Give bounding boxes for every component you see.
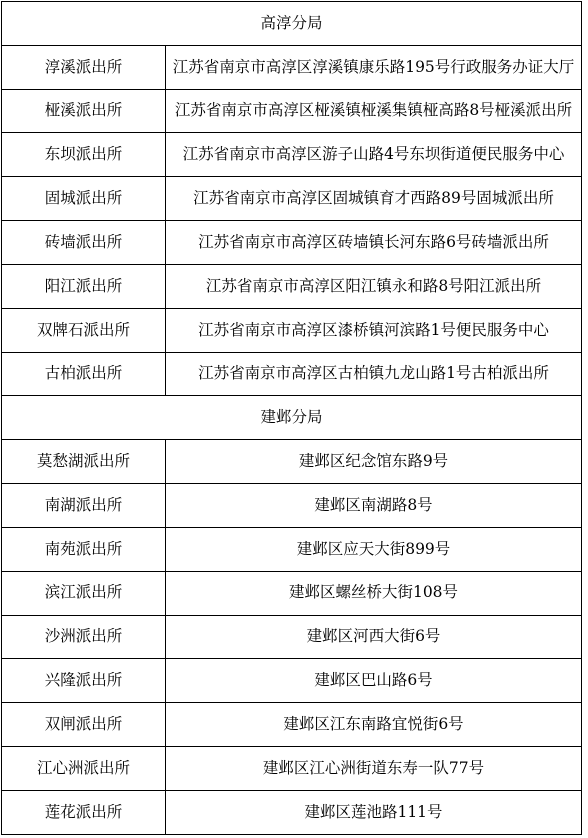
station-name-cell: 滨江派出所	[2, 571, 166, 615]
table-row: 双牌石派出所 江苏省南京市高淳区漆桥镇河滨路1号便民服务中心	[2, 308, 582, 352]
station-name-cell: 阳江派出所	[2, 264, 166, 308]
table-row: 江心洲派出所 建邺区江心洲街道东寿一队77号	[2, 747, 582, 791]
table-row: 滨江派出所 建邺区螺丝桥大街108号	[2, 571, 582, 615]
table-row: 古柏派出所 江苏省南京市高淳区古柏镇九龙山路1号古柏派出所	[2, 352, 582, 396]
station-address-cell: 江苏省南京市高淳区桠溪镇桠溪集镇桠高路8号桠溪派出所	[166, 89, 582, 133]
section-header-row: 高淳分局	[2, 2, 582, 46]
station-address-cell: 建邺区应天大街899号	[166, 527, 582, 571]
station-name-cell: 砖墙派出所	[2, 221, 166, 265]
section-header-label: 建邺分局	[2, 396, 582, 440]
table-row: 砖墙派出所 江苏省南京市高淳区砖墙镇长河东路6号砖墙派出所	[2, 221, 582, 265]
station-name-cell: 江心洲派出所	[2, 747, 166, 791]
station-name-cell: 南苑派出所	[2, 527, 166, 571]
table-row: 兴隆派出所 建邺区巴山路6号	[2, 659, 582, 703]
section-header-row: 建邺分局	[2, 396, 582, 440]
station-address-cell: 建邺区南湖路8号	[166, 484, 582, 528]
station-address-cell: 江苏省南京市高淳区砖墙镇长河东路6号砖墙派出所	[166, 221, 582, 265]
station-address-cell: 江苏省南京市高淳区漆桥镇河滨路1号便民服务中心	[166, 308, 582, 352]
station-address-cell: 江苏省南京市高淳区阳江镇永和路8号阳江派出所	[166, 264, 582, 308]
station-address-cell: 江苏省南京市高淳区淳溪镇康乐路195号行政服务办证大厅	[166, 45, 582, 89]
station-address-cell: 建邺区螺丝桥大街108号	[166, 571, 582, 615]
station-name-cell: 兴隆派出所	[2, 659, 166, 703]
station-address-cell: 江苏省南京市高淳区古柏镇九龙山路1号古柏派出所	[166, 352, 582, 396]
table-row: 阳江派出所 江苏省南京市高淳区阳江镇永和路8号阳江派出所	[2, 264, 582, 308]
table-row: 南苑派出所 建邺区应天大街899号	[2, 527, 582, 571]
station-address-cell: 江苏省南京市高淳区固城镇育才西路89号固城派出所	[166, 177, 582, 221]
table-row: 双闸派出所 建邺区江东南路宜悦街6号	[2, 703, 582, 747]
table-row: 东坝派出所 江苏省南京市高淳区游子山路4号东坝街道便民服务中心	[2, 133, 582, 177]
station-address-cell: 建邺区巴山路6号	[166, 659, 582, 703]
station-address-cell: 建邺区纪念馆东路9号	[166, 440, 582, 484]
station-address-cell: 江苏省南京市高淳区游子山路4号东坝街道便民服务中心	[166, 133, 582, 177]
police-station-table: 高淳分局 淳溪派出所 江苏省南京市高淳区淳溪镇康乐路195号行政服务办证大厅 桠…	[1, 1, 582, 835]
station-name-cell: 莲花派出所	[2, 790, 166, 834]
station-address-cell: 建邺区江东南路宜悦街6号	[166, 703, 582, 747]
table-row: 莫愁湖派出所 建邺区纪念馆东路9号	[2, 440, 582, 484]
station-name-cell: 淳溪派出所	[2, 45, 166, 89]
table-row: 莲花派出所 建邺区莲池路111号	[2, 790, 582, 834]
section-header-label: 高淳分局	[2, 2, 582, 46]
station-address-cell: 建邺区江心洲街道东寿一队77号	[166, 747, 582, 791]
table-row: 南湖派出所 建邺区南湖路8号	[2, 484, 582, 528]
table-row: 桠溪派出所 江苏省南京市高淳区桠溪镇桠溪集镇桠高路8号桠溪派出所	[2, 89, 582, 133]
police-station-table-body: 高淳分局 淳溪派出所 江苏省南京市高淳区淳溪镇康乐路195号行政服务办证大厅 桠…	[2, 2, 582, 835]
station-address-cell: 建邺区河西大街6号	[166, 615, 582, 659]
table-row: 沙洲派出所 建邺区河西大街6号	[2, 615, 582, 659]
station-name-cell: 东坝派出所	[2, 133, 166, 177]
station-name-cell: 莫愁湖派出所	[2, 440, 166, 484]
station-name-cell: 沙洲派出所	[2, 615, 166, 659]
station-name-cell: 桠溪派出所	[2, 89, 166, 133]
table-row: 固城派出所 江苏省南京市高淳区固城镇育才西路89号固城派出所	[2, 177, 582, 221]
station-name-cell: 固城派出所	[2, 177, 166, 221]
station-name-cell: 古柏派出所	[2, 352, 166, 396]
page: 高淳分局 淳溪派出所 江苏省南京市高淳区淳溪镇康乐路195号行政服务办证大厅 桠…	[0, 0, 588, 838]
station-name-cell: 双闸派出所	[2, 703, 166, 747]
station-name-cell: 双牌石派出所	[2, 308, 166, 352]
station-name-cell: 南湖派出所	[2, 484, 166, 528]
table-row: 淳溪派出所 江苏省南京市高淳区淳溪镇康乐路195号行政服务办证大厅	[2, 45, 582, 89]
station-address-cell: 建邺区莲池路111号	[166, 790, 582, 834]
